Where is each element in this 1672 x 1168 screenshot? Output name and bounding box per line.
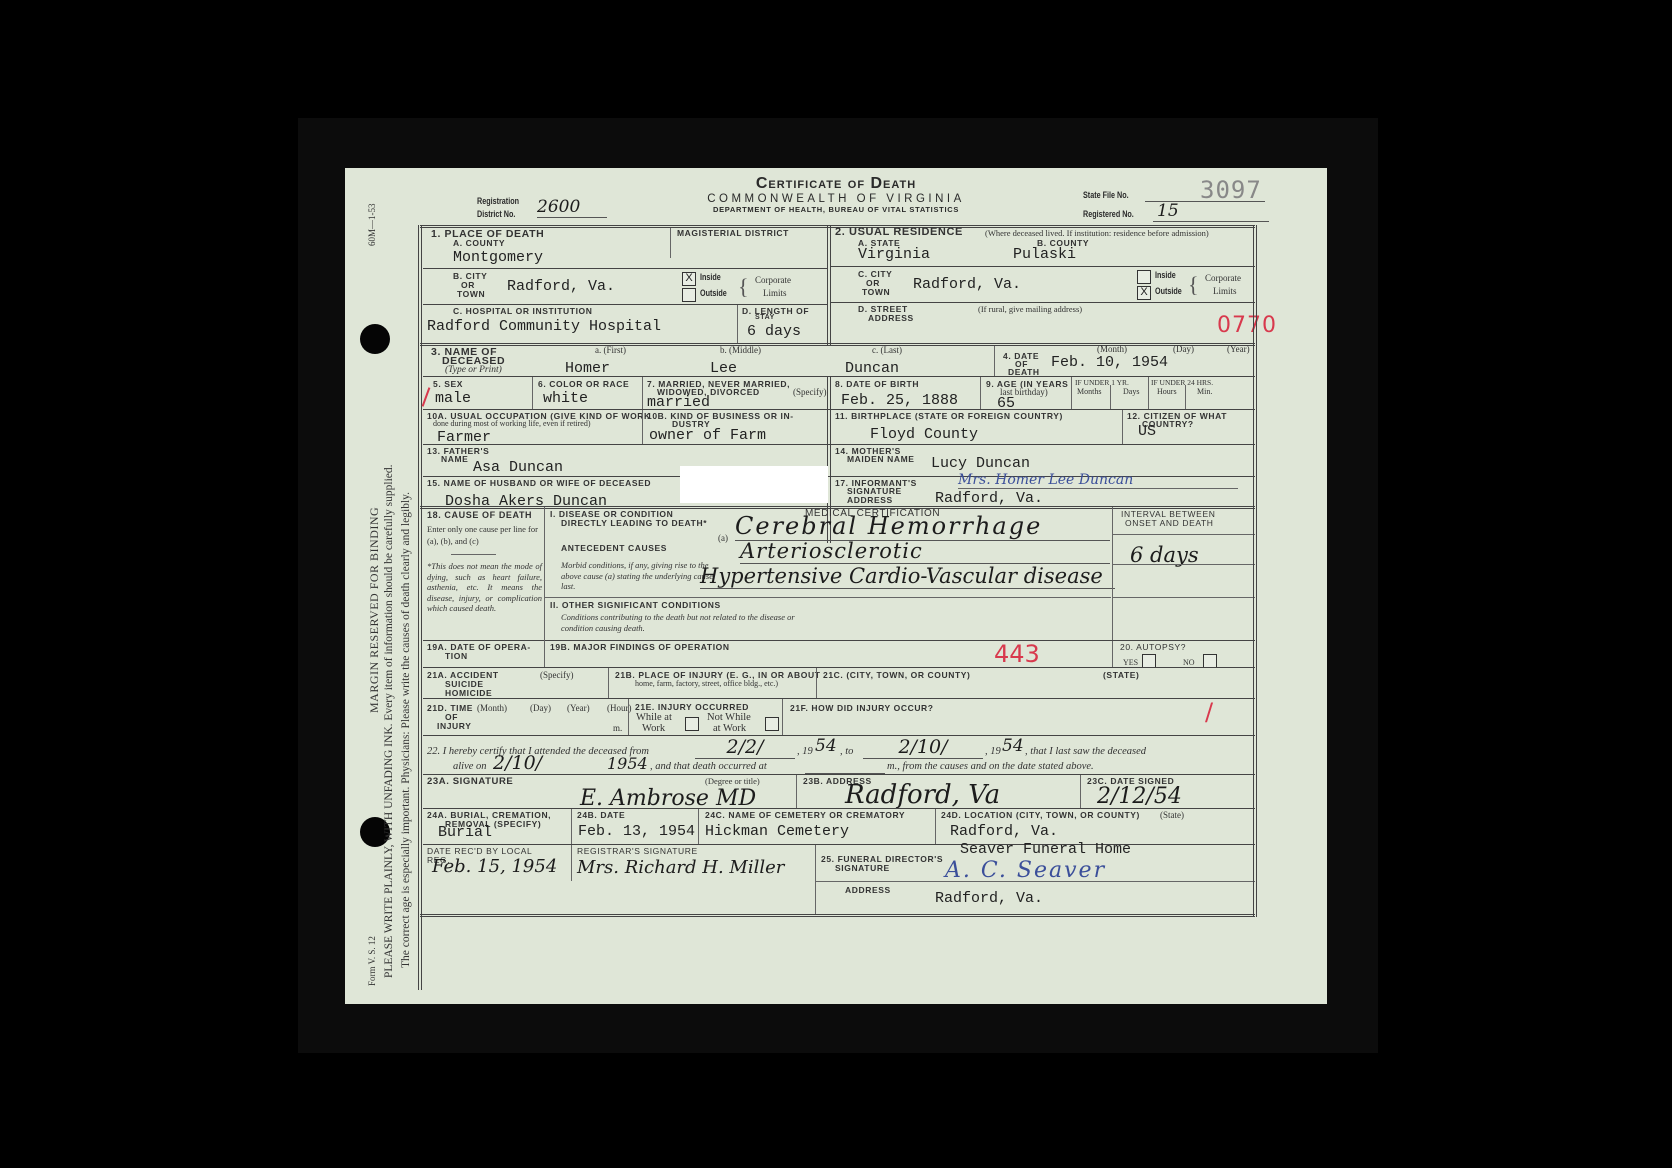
inside-label: Inside [700,272,721,282]
address-label: ADDRESS [868,313,914,323]
instructions-line-2: The correct age is especially important.… [400,492,412,968]
while-at-work-sublabel: Work [642,723,665,734]
father-name-label: NAME [441,454,468,464]
mother-maiden-label: MAIDEN NAME [847,454,915,464]
binding-hole-top [360,324,390,354]
part1-sublabel: DIRECTLY LEADING TO DEATH* [561,518,707,528]
funeral-address: Radford, Va. [935,890,1043,907]
length-of-stay: 6 days [747,323,801,340]
date-signed: 2/12/54 [1097,784,1182,809]
type-or-print-label: (Type or Print) [445,365,502,375]
date-received: Feb. 15, 1954 [432,856,557,877]
redacted-field [680,466,828,503]
stay-label: d. LENGTH OF [742,306,809,316]
date-of-death: Feb. 10, 1954 [1051,354,1168,371]
autopsy-label: 20. AUTOPSY? [1120,642,1186,652]
corporate-label: Corporate [755,275,791,285]
cause-b: Arteriosclerotic [740,539,1110,564]
attended-from-date: 2/2/ [695,736,795,759]
residence-limits-label: Limits [1213,286,1237,296]
limits-label: Limits [763,288,787,298]
to-year-prefix: , 19 [985,746,1001,757]
residence-city: Radford, Va. [913,276,1021,293]
first-name: Homer [565,360,610,377]
under-1yr-label: IF UNDER 1 YR. [1075,378,1129,387]
registrar-signature-label: REGISTRAR'S SIGNATURE [577,846,698,856]
sex-label: 5. SEX [433,379,463,389]
last-name: Duncan [845,360,899,377]
from-year-prefix: , 19 [797,746,813,757]
not-while-at-work-checkbox[interactable] [765,717,779,731]
hours-label: Hours [1157,387,1177,396]
registration-district-no: 2600 [537,197,607,218]
alive-on-date: 2/10/ [493,752,603,775]
residence-state: Virginia [858,246,930,263]
burial-location: Radford, Va. [950,823,1058,840]
cemetery: Hickman Cemetery [705,823,849,840]
spouse-label: 15. NAME OF HUSBAND OR WIFE OF DECEASED [427,478,651,488]
registration-label: Registration [477,196,519,206]
usual-residence-note: (Where deceased lived. If institution: r… [985,228,1209,238]
antecedent-causes-label: ANTECEDENT CAUSES [561,543,667,553]
certificate-title: Certificate of Death [345,175,1327,193]
first-name-label: a. (First) [595,345,626,355]
county-label: a. COUNTY [453,238,505,248]
town-label: TOWN [457,289,485,299]
min-label: Min. [1197,387,1212,396]
registered-label: Registered No. [1083,209,1134,219]
funeral-home: Seaver Funeral Home [960,841,1131,858]
operation-date-sublabel: TION [445,651,468,661]
days-label: Days [1123,387,1139,396]
autopsy-yes-label: YES [1123,658,1138,667]
attended-to-date: 2/10/ [863,736,983,759]
accident-specify-label: (Specify) [540,670,574,680]
burial-location-label: 24d. LOCATION (City, town, or county) [941,810,1140,820]
cause-a: Cerebral Hemorrhage [735,512,1110,541]
funeral-director-signature: A. C. Seaver [945,858,1106,883]
burial-date-label: 24b. DATE [577,810,625,820]
cemetery-label: 24c. NAME OF CEMETERY OR CREMATORY [705,810,905,820]
form-number: Form V. S. 12 [367,936,377,986]
operation-date-label: 19a. DATE OF OPERA- [427,642,531,652]
race: white [543,390,588,407]
injury-occurred-label: 21e. INJURY OCCURRED [635,702,749,712]
informant-signature: Mrs. Homer Lee Duncan [958,472,1238,489]
while-at-work-checkbox[interactable] [685,717,699,731]
sex: male [435,390,471,407]
autopsy-no-label: NO [1183,658,1195,667]
injury-time-injury-label: INJURY [437,721,471,731]
dod-day-label: (Day) [1173,344,1194,354]
funeral-address-label: ADDRESS [845,885,891,895]
instructions-line-1: PLEASE WRITE PLAINLY, WITH UNFADING INK.… [383,465,395,979]
part2-label: II. OTHER SIGNIFICANT CONDITIONS [550,600,721,610]
certify-text-3: , and that death occurred at [650,761,767,772]
certify-text-4: m., from the causes and on the date stat… [887,761,1094,772]
red-annotation-0770: 0770 [1217,313,1277,338]
registrar-signature: Mrs. Richard H. Miller [577,857,784,878]
date-of-birth: Feb. 25, 1888 [841,392,958,409]
cause-footnote: *This does not mean the mode of dying, s… [427,561,542,614]
injury-place-sublabel: home, farm, factory, street, office bldg… [635,679,778,688]
residence-outside-label: Outside [1155,286,1182,296]
red-check-mark: / [1205,698,1213,726]
occupation-sublabel: done during most of working life, even i… [433,419,591,428]
funeral-director-sublabel: SIGNATURE [835,863,890,873]
middle-name-label: b. (Middle) [720,345,761,355]
mother-name: Lucy Duncan [931,455,1030,472]
interval-sublabel: ONSET AND DEATH [1125,518,1214,528]
registered-no: 15 [1153,201,1269,222]
citizen-of: US [1138,423,1156,440]
cause-instruction: Enter only one cause per line for (a), (… [427,523,542,547]
father-name: Asa Duncan [473,459,563,476]
injury-state-label: (STATE) [1103,670,1139,680]
informant-address-label: ADDRESS [847,495,893,505]
burial-state-label: (State) [1160,810,1184,820]
autopsy-yes-checkbox[interactable] [1142,654,1156,668]
street-note: (If rural, give mailing address) [978,304,1082,314]
cause-of-death-label: 18. CAUSE OF DEATH [427,510,532,520]
degree-label: (Degree or title) [705,776,760,786]
middle-name: Lee [710,360,737,377]
to-label: , to [840,746,853,757]
injury-day-label: (Day) [530,703,551,713]
stay-sublabel: STAY [755,314,775,321]
business: owner of Farm [649,427,766,444]
death-certificate: 60M—1-53 MARGIN RESERVED FOR BINDING PLE… [345,168,1327,1004]
death-city: Radford, Va. [507,278,615,295]
margin-reserved-text: MARGIN RESERVED FOR BINDING [367,507,382,713]
months-label: Months [1077,387,1101,396]
how-injury-label: 21f. HOW DID INJURY OCCUR? [790,703,934,713]
dod-year-label: (Year) [1227,344,1250,354]
hospital-label: c. HOSPITAL OR INSTITUTION [453,306,592,316]
death-hospital: Radford Community Hospital [427,318,661,335]
not-while-at-work-label: Not While [707,712,751,723]
not-while-at-work-sublabel: at Work [713,723,746,734]
attended-to-year: 54 [1002,736,1024,756]
part2-note: Conditions contributing to the death but… [561,612,811,633]
line-a-label: (a) [718,533,728,543]
residence-corporate-label: Corporate [1205,273,1241,283]
alive-on-label: alive on [453,761,487,772]
autopsy-no-checkbox[interactable] [1203,654,1217,668]
race-label: 6. COLOR OR RACE [538,379,629,389]
marital-specify-label: (Specify) [793,387,827,397]
injury-year-label: (Year) [567,703,590,713]
district-label: District No. [477,209,515,219]
injury-m-label: m. [613,723,622,733]
alive-on-year: 1954 [607,754,648,773]
dob-label: 8. DATE OF BIRTH [835,379,919,389]
birthplace-label: 11. BIRTHPLACE (State or foreign country… [835,411,1063,421]
death-outside-checkbox[interactable] [682,288,696,302]
residence-inside-checkbox[interactable] [1137,270,1151,284]
signature-label: 23a. SIGNATURE [427,776,513,787]
while-at-work-label: While at [636,712,672,723]
operation-findings-label: 19b. MAJOR FINDINGS OF OPERATION [550,642,730,652]
birthplace: Floyd County [870,426,978,443]
business-label: 10b. KIND OF BUSINESS OR IN- [647,411,794,421]
state-file-no: 3097 [1200,176,1262,204]
burial-date: Feb. 13, 1954 [578,823,695,840]
state-file-label: State File No. [1083,190,1129,200]
under-24hrs-label: IF UNDER 24 HRS. [1151,378,1213,387]
residence-county: Pulaski [1013,246,1076,263]
injury-month-label: (Month) [477,703,507,713]
outside-label: Outside [700,288,727,298]
cause-c: Hypertensive Cardio-Vascular disease [700,564,1115,589]
residence-inside-label: Inside [1155,270,1176,280]
magisterial-district-label: MAGISTERIAL DISTRICT [677,228,789,238]
informant-address: Radford, Va. [935,490,1043,507]
usual-residence-label: 2. USUAL RESIDENCE [835,226,963,238]
injury-city-label: 21c. (CITY, TOWN, OR COUNTY) [823,670,970,680]
dod-month-label: (Month) [1097,344,1127,354]
death-county: Montgomery [453,249,543,266]
red-annotation-443: 443 [994,640,1040,668]
residence-town-label: TOWN [862,287,890,297]
attended-from-year: 54 [815,736,837,756]
homicide-label: HOMICIDE [445,688,492,698]
certify-text-2: , that I last saw the deceased [1025,746,1146,757]
residence-outside-checkbox[interactable]: X [1137,286,1151,300]
last-name-label: c. (Last) [872,345,902,355]
physician-address: Radford, Va [845,780,1000,810]
burial-type: Burial [438,824,492,841]
death-inside-checkbox[interactable]: X [682,272,696,286]
